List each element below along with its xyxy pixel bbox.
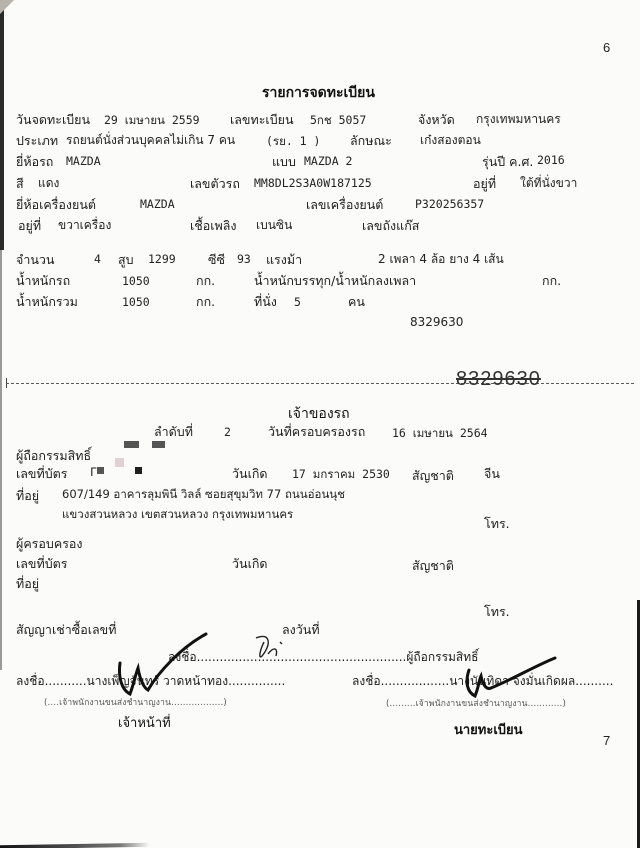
registration-date: 29 เมษายน 2559	[104, 112, 200, 130]
vehicle-style: เก๋งสองตอน	[420, 131, 481, 150]
document-number: 8329630	[410, 315, 463, 329]
weight-unit: กก.	[196, 271, 215, 291]
cc: 1299	[148, 252, 176, 266]
seats-label: ที่นั่ง	[254, 292, 277, 312]
engine-location-label: อยู่ที่	[18, 216, 41, 236]
vehicle-type-code: (รย. 1 )	[266, 133, 320, 151]
officer-signature-mark	[100, 628, 220, 708]
total-weight-label: น้ำหนักรวม	[16, 292, 78, 312]
engine-no-label: เลขเครื่องยนต์	[306, 195, 383, 215]
registration-title: รายการจดทะเบียน	[262, 82, 375, 104]
owner-phone-label: โทร.	[484, 514, 510, 534]
load-label: น้ำหนักบรรทุก/น้ำหนักลงเพลา	[254, 271, 416, 291]
address-line2: แขวงสวนหลวง เขตสวนหลวง กรุงเทพมหานคร	[62, 506, 293, 524]
redacted-id	[115, 458, 124, 467]
engine-brand-label: ยี่ห้อเครื่องยนต์	[16, 195, 96, 215]
horsepower: 93	[237, 252, 251, 266]
cylinders: 4	[94, 252, 101, 266]
total-weight-unit: กก.	[196, 292, 215, 312]
type-label: ประเภท	[16, 131, 58, 151]
brand-label: ยี่ห้อรถ	[16, 152, 53, 172]
redacted-id	[97, 467, 104, 474]
color: แดง	[38, 174, 59, 193]
engine-location: ขวาเครื่อง	[58, 216, 111, 235]
officer-title: เจ้าหน้าที่	[118, 712, 171, 733]
province-label: จังหวัด	[418, 110, 455, 130]
redacted-id	[135, 467, 142, 474]
engine-brand: MAZDA	[140, 197, 175, 211]
id-prefix: Г	[90, 465, 97, 479]
vehicle-type: รถยนต์นั่งส่วนบุคคลไม่เกิน 7 คน	[66, 131, 235, 150]
possessor-id-label: เลขที่บัตร	[16, 554, 67, 574]
order-number: 2	[224, 425, 231, 439]
address-label: ที่อยู่	[16, 486, 39, 506]
vin-label: เลขตัวรถ	[190, 174, 240, 194]
scan-edge-bottom	[0, 843, 150, 848]
possessor-phone-label: โทร.	[484, 602, 510, 622]
weight: 1050	[122, 274, 150, 288]
possession-date-label: วันที่ครอบครองรถ	[268, 422, 365, 442]
seats-unit: คน	[348, 292, 365, 312]
gas-tank-label: เลขถังแก๊ส	[362, 216, 419, 236]
owner-signature-mark	[250, 628, 300, 668]
plate-label: เลขทะเบียน	[230, 110, 294, 130]
possessor-nationality-label: สัญชาติ	[412, 556, 454, 576]
hp-label: แรงม้า	[266, 250, 302, 270]
scan-edge-left	[0, 0, 4, 250]
engine-number: P320256357	[415, 197, 484, 211]
page-corner	[0, 0, 14, 14]
redacted-owner-name	[152, 441, 165, 448]
vin-location: ใต้ที่นั่งขวา	[520, 174, 577, 193]
axles-wheels: 2 เพลา 4 ล้อ ยาง 4 เส้น	[378, 250, 504, 269]
cc-label: ซีซี	[208, 250, 225, 270]
seats: 5	[294, 295, 301, 309]
registrar-signature-mark	[455, 652, 565, 712]
color-label: สี	[16, 174, 24, 194]
page-number-bottom: 7	[603, 733, 610, 748]
model-label: แบบ	[272, 152, 296, 172]
owner-label: ผู้ถือกรรมสิทธิ์	[16, 446, 91, 466]
total-weight: 1050	[122, 295, 150, 309]
redacted-owner-name	[124, 441, 139, 448]
fuel-label: เชื้อเพลิง	[190, 216, 237, 236]
order-label: ลำดับที่	[154, 422, 193, 442]
province: กรุงเทพมหานคร	[476, 110, 561, 129]
registration-date-label: วันจดทะเบียน	[16, 110, 90, 130]
id-label: เลขที่บัตร	[16, 464, 67, 484]
possessor-label: ผู้ครอบครอง	[16, 534, 83, 554]
cylinders-label: จำนวน	[16, 250, 54, 270]
scan-edge-left-gray	[0, 250, 2, 670]
model: MAZDA 2	[304, 154, 352, 168]
page-number-top: 6	[603, 40, 610, 55]
fuel: เบนซิน	[256, 216, 292, 235]
weight-label: น้ำหนักรถ	[16, 271, 70, 291]
possession-date: 16 เมษายน 2564	[392, 425, 488, 443]
nationality: จีน	[484, 464, 500, 484]
model-year-label: รุ่นปี ค.ศ.	[482, 152, 533, 172]
plate-number: 5กช 5057	[310, 112, 366, 130]
address-line1: 607/149 อาคารลุมพินี วิลล์ ซอยสุขุมวิท 7…	[62, 486, 345, 504]
style-label: ลักษณะ	[350, 131, 392, 151]
divider-doc-number: 8329630	[456, 368, 541, 391]
registrar-title: นายทะเบียน	[454, 719, 523, 740]
nationality-label: สัญชาติ	[412, 466, 454, 486]
vin-location-label: อยู่ที่	[473, 174, 496, 194]
possessor-address-label: ที่อยู่	[16, 574, 39, 594]
model-year: 2016	[537, 153, 565, 167]
brand: MAZDA	[66, 154, 101, 168]
cylinder-unit: สูบ	[118, 250, 134, 270]
possessor-birth-label: วันเกิด	[232, 554, 268, 574]
birth-date: 17 มกราคม 2530	[292, 466, 390, 484]
birth-label: วันเกิด	[232, 464, 268, 484]
load-unit: กก.	[542, 271, 561, 291]
vin: MM8DL2S3A0W187125	[254, 176, 372, 190]
